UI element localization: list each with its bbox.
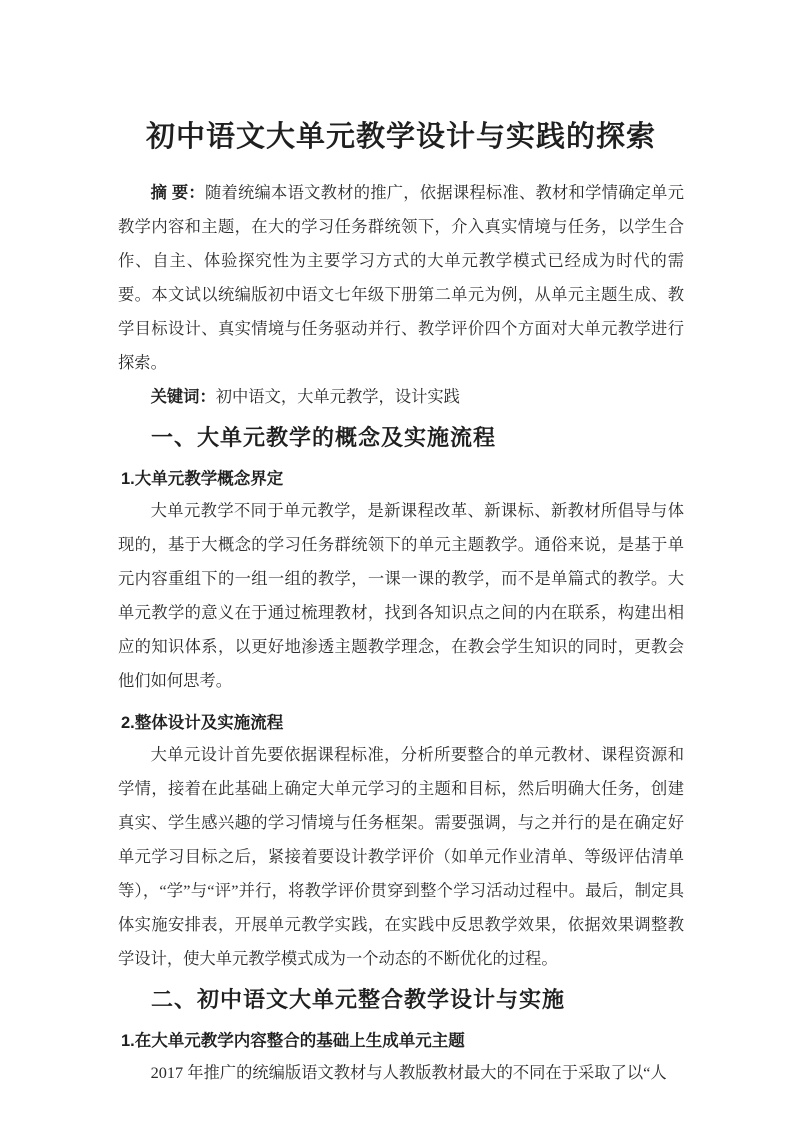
keywords-text: 初中语文，大单元教学，设计实践 bbox=[216, 387, 460, 406]
section-1-subsection-2-heading: 2.整体设计及实施流程 bbox=[118, 710, 684, 736]
section-1-heading: 一、大单元教学的概念及实施流程 bbox=[118, 422, 684, 454]
section-1-subsection-1-paragraph: 大单元教学不同于单元教学，是新课程改革、新课标、新教材所倡导与体现的，基于大概念… bbox=[118, 494, 684, 698]
keywords-line: 关键词：初中语文，大单元教学，设计实践 bbox=[118, 380, 684, 414]
document-content: 初中语文大单元教学设计与实践的探索 摘 要：随着统编本语文教材的推广，依据课程标… bbox=[118, 116, 684, 1090]
section-2-heading: 二、初中语文大单元整合教学设计与实施 bbox=[118, 984, 684, 1016]
section-2-subsection-1-paragraph: 2017 年推广的统编版语文教材与人教版教材最大的不同在于采取了以“人 bbox=[118, 1056, 684, 1090]
section-2-subsection-1-heading: 1.在大单元教学内容整合的基础上生成单元主题 bbox=[118, 1028, 684, 1054]
abstract-label: 摘 要： bbox=[151, 184, 205, 202]
section-1-subsection-2-paragraph: 大单元设计首先要依据课程标准，分析所要整合的单元教材、课程资源和学情，接着在此基… bbox=[118, 738, 684, 976]
section-1-subsection-1-heading: 1.大单元教学概念界定 bbox=[118, 466, 684, 492]
document-title: 初中语文大单元教学设计与实践的探索 bbox=[118, 116, 684, 158]
abstract-paragraph: 摘 要：随着统编本语文教材的推广，依据课程标准、教材和学情确定单元教学内容和主题… bbox=[118, 176, 684, 380]
document-page: 初中语文大单元教学设计与实践的探索 摘 要：随着统编本语文教材的推广，依据课程标… bbox=[0, 0, 800, 1131]
keywords-label: 关键词： bbox=[151, 388, 216, 406]
abstract-text: 随着统编本语文教材的推广，依据课程标准、教材和学情确定单元教学内容和主题，在大的… bbox=[118, 183, 684, 372]
